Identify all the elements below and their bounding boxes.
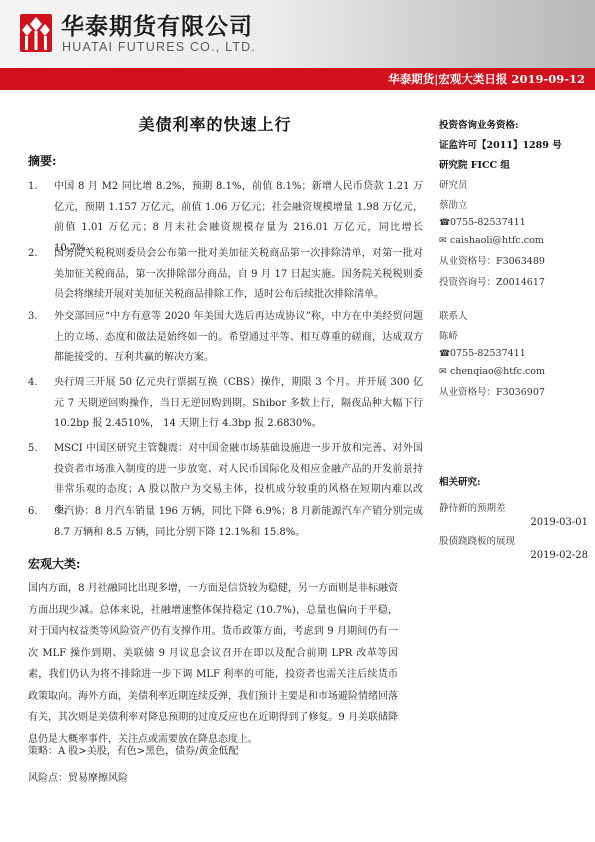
phone-icon: ☎: [439, 349, 450, 359]
risk-line: 风险点：贸易摩擦风险: [28, 769, 128, 784]
macro-paragraph: 国内方面，8 月社融同比出现多增，一方面是信贷较为稳健，另一方面则是非标融资方面…: [28, 578, 398, 750]
company-header: 华泰期货有限公司 HUATAI FUTURES CO., LTD.: [0, 0, 595, 68]
related-item-title[interactable]: 股债跷跷板的展现: [439, 533, 515, 547]
report-banner: 华泰期货|宏观大类日报 2019-09-12: [0, 68, 595, 90]
item-text: 央行周三开展 50 亿元央行票据互换（CBS）操作，期限 3 个月。并开展 30…: [54, 373, 423, 435]
department: 研究院 FICC 组: [439, 157, 510, 171]
phone-number: 0755-82537411: [450, 348, 526, 359]
huatai-logo-icon: [20, 14, 52, 52]
item-number: 5.: [28, 439, 48, 460]
phone-icon: ☎: [439, 218, 450, 228]
item-number: 6.: [28, 502, 48, 523]
item-number: 4.: [28, 373, 48, 394]
summary-item: 3. 外交部回应“中方有意等 2020 年美国大选后再达成协议”称，中方在中美经…: [28, 307, 423, 369]
item-number: 3.: [28, 307, 48, 328]
envelope-icon: ✉: [439, 367, 450, 377]
researcher-phone: ☎0755-82537411: [439, 217, 526, 228]
related-item-date: 2019-02-28: [430, 550, 588, 561]
researcher-email[interactable]: ✉caishaoli@htfc.com: [439, 235, 544, 246]
contact-cert: 从业资格号：F3036907: [439, 384, 545, 398]
contact-email[interactable]: ✉chenqiao@htfc.com: [439, 366, 545, 377]
researcher-advisory: 投资咨询号：Z0014617: [439, 274, 545, 288]
researcher-role: 研究员: [439, 177, 468, 191]
item-text: 国务院关税税则委员会公布第一批对美加征关税商品第一次排除清单，对第一批对美加征关…: [54, 244, 423, 306]
report-banner-text: 华泰期货|宏观大类日报 2019-09-12: [388, 71, 585, 87]
strategy-line: 策略：A 股>美股，有色>黑色，债券/黄金低配: [28, 742, 239, 757]
researcher-name: 蔡劭立: [439, 197, 468, 211]
phone-number: 0755-82537411: [450, 217, 526, 228]
company-name-en: HUATAI FUTURES CO., LTD.: [62, 40, 256, 54]
item-text: 外交部回应“中方有意等 2020 年美国大选后再达成协议”称，中方在中美经贸问题…: [54, 307, 423, 369]
summary-item: 4. 央行周三开展 50 亿元央行票据互换（CBS）操作，期限 3 个月。并开展…: [28, 373, 423, 435]
report-title: 美债利率的快速上行: [0, 112, 430, 135]
summary-item: 6. 中汽协：8 月汽车销量 196 万辆，同比下降 6.9%；8 月新能源汽车…: [28, 502, 423, 543]
related-item-date: 2019-03-01: [430, 517, 588, 528]
license-number: 证监许可【2011】1289 号: [439, 137, 562, 151]
company-name-cn: 华泰期货有限公司: [61, 14, 253, 40]
contact-role: 联系人: [439, 308, 468, 322]
item-number: 1.: [28, 177, 48, 198]
item-text: 中汽协：8 月汽车销量 196 万辆，同比下降 6.9%；8 月新能源汽车产销分…: [54, 502, 423, 543]
related-item-title[interactable]: 静待新的预期差: [439, 500, 506, 514]
email-address[interactable]: chenqiao@htfc.com: [450, 366, 545, 377]
summary-heading: 摘要:: [28, 152, 56, 169]
macro-heading: 宏观大类:: [28, 555, 80, 572]
researcher-cert: 从业资格号：F3063489: [439, 253, 545, 267]
email-address[interactable]: caishaoli@htfc.com: [450, 235, 544, 246]
contact-name: 陈峤: [439, 328, 458, 342]
envelope-icon: ✉: [439, 236, 450, 246]
qualification-label: 投资咨询业务资格:: [439, 117, 519, 131]
related-heading: 相关研究:: [439, 474, 481, 488]
item-number: 2.: [28, 244, 48, 265]
summary-item: 2. 国务院关税税则委员会公布第一批对美加征关税商品第一次排除清单，对第一批对美…: [28, 244, 423, 306]
contact-phone: ☎0755-82537411: [439, 348, 526, 359]
